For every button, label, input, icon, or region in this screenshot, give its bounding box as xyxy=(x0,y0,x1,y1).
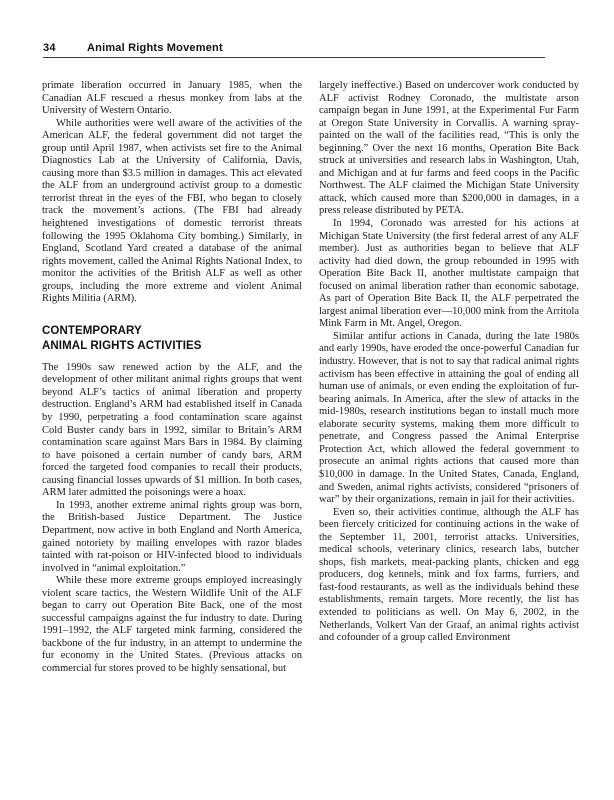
paragraph: largely ineffective.) Based on undercove… xyxy=(319,80,579,218)
paragraph: In 1993, another extreme animal rights g… xyxy=(42,500,302,575)
paragraph: In 1994, Coronado was arrested for his a… xyxy=(319,218,579,331)
page-number: 34 xyxy=(43,42,87,54)
header-rule xyxy=(43,57,545,58)
running-title: Animal Rights Movement xyxy=(87,42,223,54)
text-columns: primate liberation occurred in January 1… xyxy=(42,80,579,676)
paragraph: Similar antifur actions in Canada, durin… xyxy=(319,331,579,507)
book-page: 34 Animal Rights Movement primate libera… xyxy=(0,0,614,800)
right-column: largely ineffective.) Based on undercove… xyxy=(319,80,579,676)
paragraph: primate liberation occurred in January 1… xyxy=(42,80,302,118)
page-header: 34 Animal Rights Movement xyxy=(43,42,545,54)
section-heading-line: ANIMAL RIGHTS ACTIVITIES xyxy=(42,339,302,354)
left-column: primate liberation occurred in January 1… xyxy=(42,80,302,676)
paragraph: Even so, their activities continue, alth… xyxy=(319,507,579,645)
paragraph: While these more extreme groups employed… xyxy=(42,575,302,675)
paragraph: While authorities were well aware of the… xyxy=(42,118,302,306)
section-heading-line: CONTEMPORARY xyxy=(42,324,302,339)
paragraph: The 1990s saw renewed action by the ALF,… xyxy=(42,362,302,500)
section-heading: CONTEMPORARYANIMAL RIGHTS ACTIVITIES xyxy=(42,324,302,354)
